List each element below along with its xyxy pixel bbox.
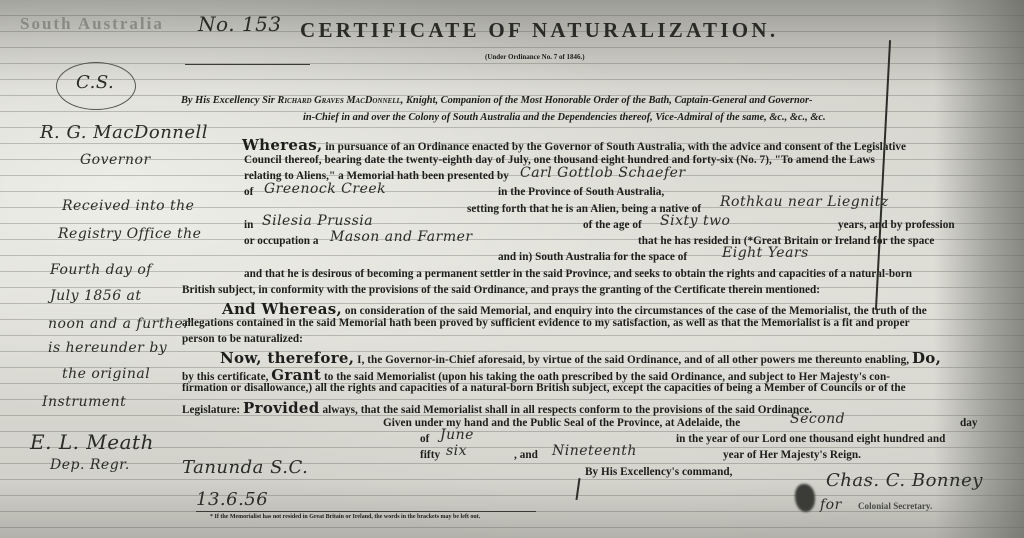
now-therefore-line: Now, therefore, I, the Governor-in-Chief… bbox=[220, 349, 941, 367]
body-line-10: British subject, in conformity with the … bbox=[182, 284, 820, 296]
preamble-line-2: in-Chief in and over the Colony of South… bbox=[303, 112, 826, 123]
given-fifty: fifty bbox=[420, 449, 440, 461]
reign-year-handwritten: Nineteenth bbox=[552, 443, 637, 459]
governor-name: Richard Graves MacDonnell, bbox=[277, 95, 403, 106]
margin-note-line-6: is hereunder by bbox=[48, 340, 167, 356]
native-place: Rothkau near Liegnitz bbox=[720, 194, 889, 210]
residence: Greenock Creek bbox=[264, 181, 386, 197]
body-line-4-tail: in the Province of South Australia, bbox=[498, 186, 664, 198]
margin-note-line-8: Instrument bbox=[42, 394, 126, 410]
age: Sixty two bbox=[660, 213, 731, 229]
certificate-title: CERTIFICATE OF NATURALIZATION. bbox=[300, 18, 778, 43]
provided-word: Provided bbox=[243, 399, 320, 417]
preamble-prefix: By His Excellency Sir bbox=[181, 95, 275, 106]
body-line-6-b: years, and by profession bbox=[838, 219, 955, 231]
body-line-17-b: always, that the said Memorialist shall … bbox=[322, 404, 812, 416]
given-and: , and bbox=[514, 449, 538, 461]
registrar-title: Dep. Regr. bbox=[50, 457, 130, 473]
seal-mark bbox=[795, 484, 815, 512]
body-line-9: and that he is desirous of becoming a pe… bbox=[244, 268, 912, 280]
secretary-signature: Chas. C. Bonney bbox=[826, 470, 983, 491]
years-resident: Eight Years bbox=[722, 245, 809, 261]
body-of-label: of bbox=[244, 186, 253, 198]
native-country: Silesia Prussia bbox=[262, 213, 373, 229]
body-line-8: and in) South Australia for the space of bbox=[498, 251, 687, 263]
margin-note-line-1: Received into the bbox=[62, 198, 194, 214]
body-line-16: firmation or disallowance,) all the righ… bbox=[182, 382, 906, 394]
occupation: Mason and Farmer bbox=[330, 229, 473, 245]
margin-initials: C.S. bbox=[76, 72, 114, 93]
given-of-label: of bbox=[420, 433, 429, 445]
body-line-17-a: Legislature: bbox=[182, 404, 240, 416]
body-line-7-a: or occupation a bbox=[244, 235, 319, 247]
body-line-12: allegations contained in the said Memori… bbox=[182, 317, 910, 329]
whereas-word: Whereas, bbox=[242, 136, 323, 154]
month-handwritten: June bbox=[440, 427, 474, 443]
margin-note-line-2: Registry Office the bbox=[58, 226, 201, 242]
given-line-1: Given under my hand and the Public Seal … bbox=[383, 417, 740, 429]
date-reference: 13.6.56 bbox=[196, 489, 268, 510]
command-line: By His Excellency's command, bbox=[585, 466, 732, 478]
margin-note-line-4: July 1856 at bbox=[50, 288, 142, 304]
given-line-3: year of Her Majesty's Reign. bbox=[723, 449, 861, 461]
colonial-secretary-label: Colonial Secretary. bbox=[858, 501, 932, 511]
certificate-number: No. 153 bbox=[198, 12, 282, 36]
governor-signature: R. G. MacDonnell bbox=[40, 122, 208, 143]
governor-title: Governor bbox=[80, 152, 151, 168]
body-line-14: I, the Governor-in-Chief aforesaid, by v… bbox=[357, 354, 909, 366]
given-line-2: in the year of our Lord one thousand eig… bbox=[676, 433, 945, 445]
margin-note-line-5: noon and a further bbox=[48, 316, 190, 332]
day-handwritten: Second bbox=[790, 411, 845, 427]
do-word: Do, bbox=[912, 349, 941, 367]
preamble-titles: Knight, Companion of the Most Honorable … bbox=[406, 95, 812, 106]
footnote-rule bbox=[196, 511, 536, 512]
register-reference: Tanunda S.C. bbox=[182, 457, 308, 478]
whereas-line: Whereas, in pursuance of an Ordinance en… bbox=[242, 136, 906, 154]
now-therefore-word: Now, therefore, bbox=[220, 349, 354, 367]
provided-line: Legislature: Provided always, that the s… bbox=[182, 399, 812, 417]
year-suffix-handwritten: six bbox=[446, 443, 467, 459]
memorialist-name: Carl Gottlob Schaefer bbox=[520, 165, 686, 181]
and-whereas-line: And Whereas, on consideration of the sai… bbox=[222, 300, 927, 318]
margin-note-line-3: Fourth day of bbox=[50, 262, 152, 278]
body-line-13: person to be naturalized: bbox=[182, 333, 303, 345]
header-rule bbox=[185, 64, 310, 65]
footnote: * If the Memorialist has not resided in … bbox=[210, 514, 480, 520]
and-whereas-word: And Whereas, bbox=[222, 300, 342, 318]
body-line-1: in pursuance of an Ordinance enacted by … bbox=[325, 141, 906, 153]
body-line-6-a: of the age of bbox=[583, 219, 642, 231]
certificate-subtitle: (Under Ordinance No. 7 of 1846.) bbox=[485, 53, 585, 61]
faded-header-prefix: South Australia bbox=[20, 14, 164, 34]
margin-note-line-7: the original bbox=[62, 366, 150, 382]
preamble-line-1: By His Excellency Sir Richard Graves Mac… bbox=[181, 95, 812, 106]
body-in-label: in bbox=[244, 219, 253, 231]
body-line-11: on consideration of the said Memorial, a… bbox=[345, 305, 927, 317]
registrar-signature: E. L. Meath bbox=[30, 430, 154, 454]
given-day-label: day bbox=[960, 417, 978, 429]
for-word: for bbox=[820, 497, 842, 513]
